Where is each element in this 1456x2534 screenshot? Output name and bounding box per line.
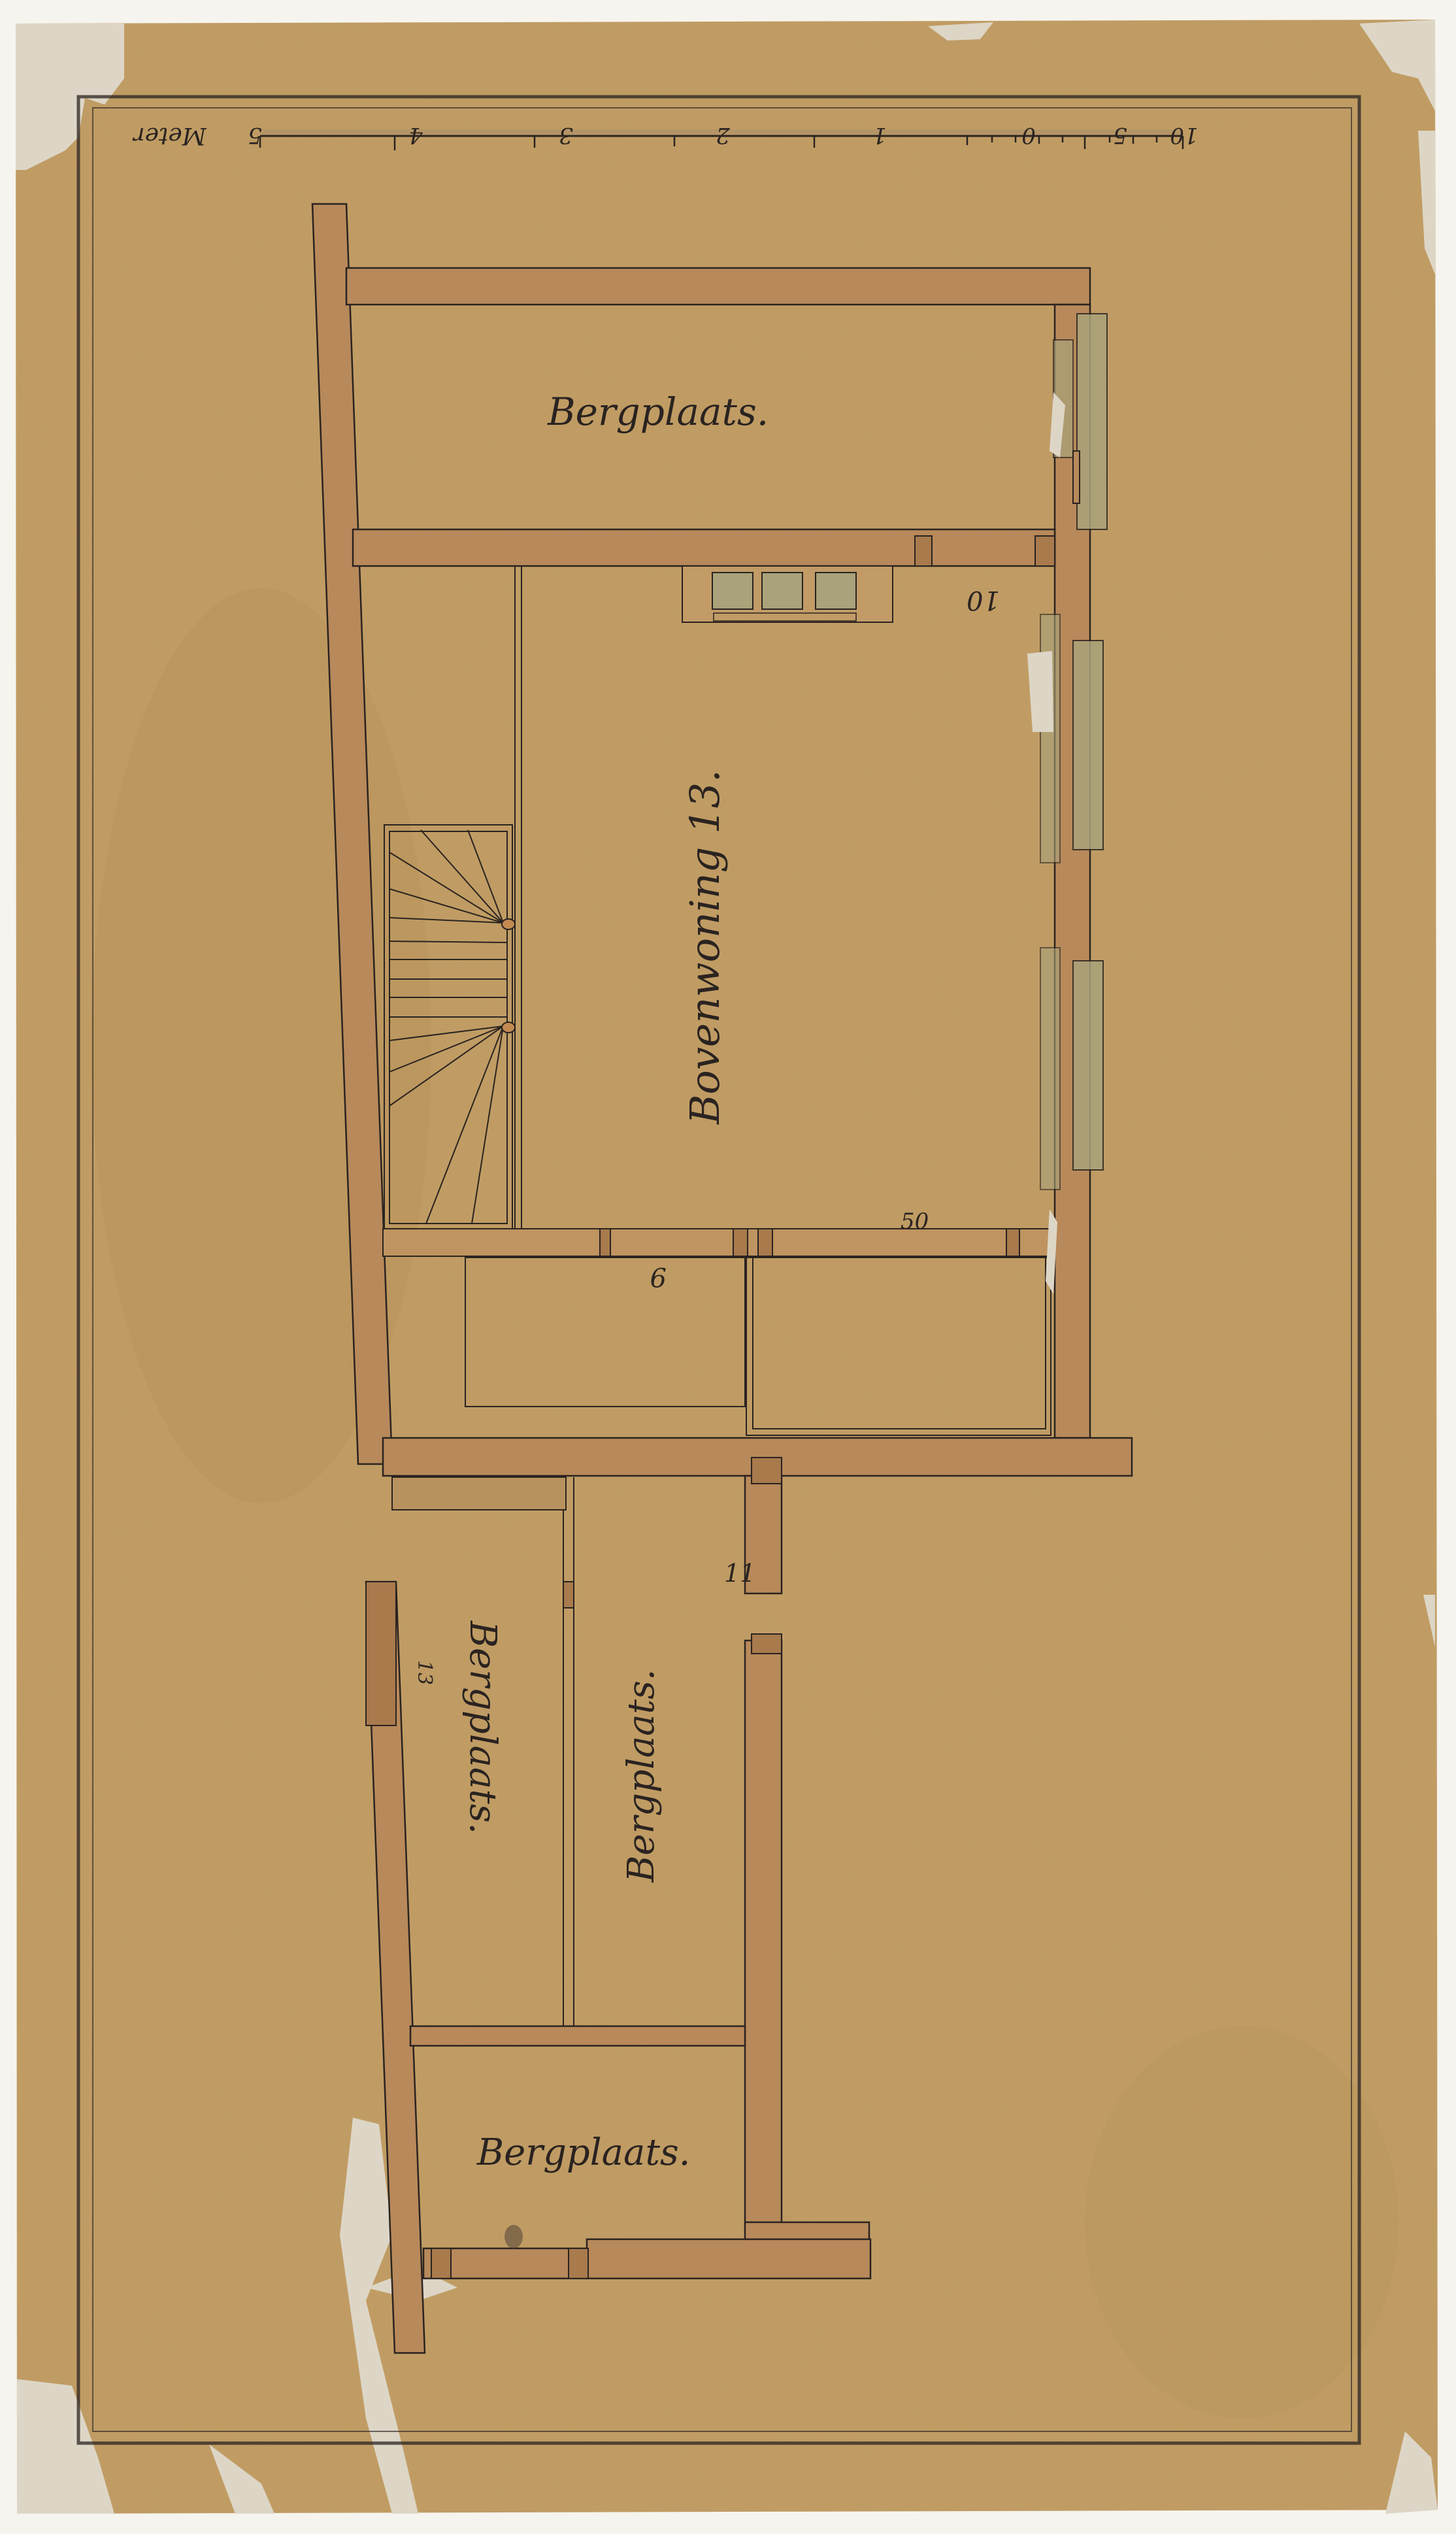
scale-unit-label: Meter [133, 122, 207, 149]
room-label-bottom-storage: Bergplaats. [476, 2131, 690, 2174]
room-label-middle-storage: Bergplaats. [620, 1669, 663, 1883]
flue [816, 573, 856, 609]
flue [762, 573, 802, 609]
window [1077, 314, 1107, 529]
annotation-10: 10 [967, 585, 1000, 615]
floor-plan-drawing: 10 5 0 1 2 3 4 5 Meter [0, 0, 1456, 2534]
middle-lower-wall-2 [745, 1641, 782, 2229]
bottom-storage-top-wall [410, 2026, 745, 2046]
storage-dwelling-wall [353, 529, 1055, 566]
bottom-wall-right [587, 2239, 870, 2278]
scale-tick-label: 5 [248, 122, 262, 148]
window [1073, 641, 1103, 850]
room-label-left-storage: Bergplaats. [461, 1620, 504, 1834]
fireplace [682, 566, 893, 622]
scale-tick-label: 0 [1021, 122, 1036, 148]
annotation-11: 11 [724, 1559, 755, 1588]
scale-tick-label: 10 [1170, 122, 1198, 148]
newel-post [502, 919, 515, 929]
annotation-9: 9 [650, 1261, 667, 1292]
ink-smudge [505, 2225, 523, 2248]
annotation-50: 50 [901, 1209, 929, 1235]
annotation-13: 13 [413, 1660, 436, 1685]
scale-tick-label: 5 [1113, 122, 1127, 148]
scale-tick-label: 3 [559, 122, 573, 148]
window [1073, 961, 1103, 1170]
window [1073, 451, 1080, 503]
scale-tick-label: 2 [716, 122, 731, 148]
room-label-main-dwelling: Bovenwoning 13. [681, 769, 729, 1125]
top-wall [346, 268, 1090, 305]
newel-post [502, 1022, 515, 1033]
scale-tick-label: 1 [872, 122, 887, 148]
room-label-top-storage: Bergplaats. [547, 390, 769, 434]
scale-tick-label: 4 [408, 122, 423, 148]
